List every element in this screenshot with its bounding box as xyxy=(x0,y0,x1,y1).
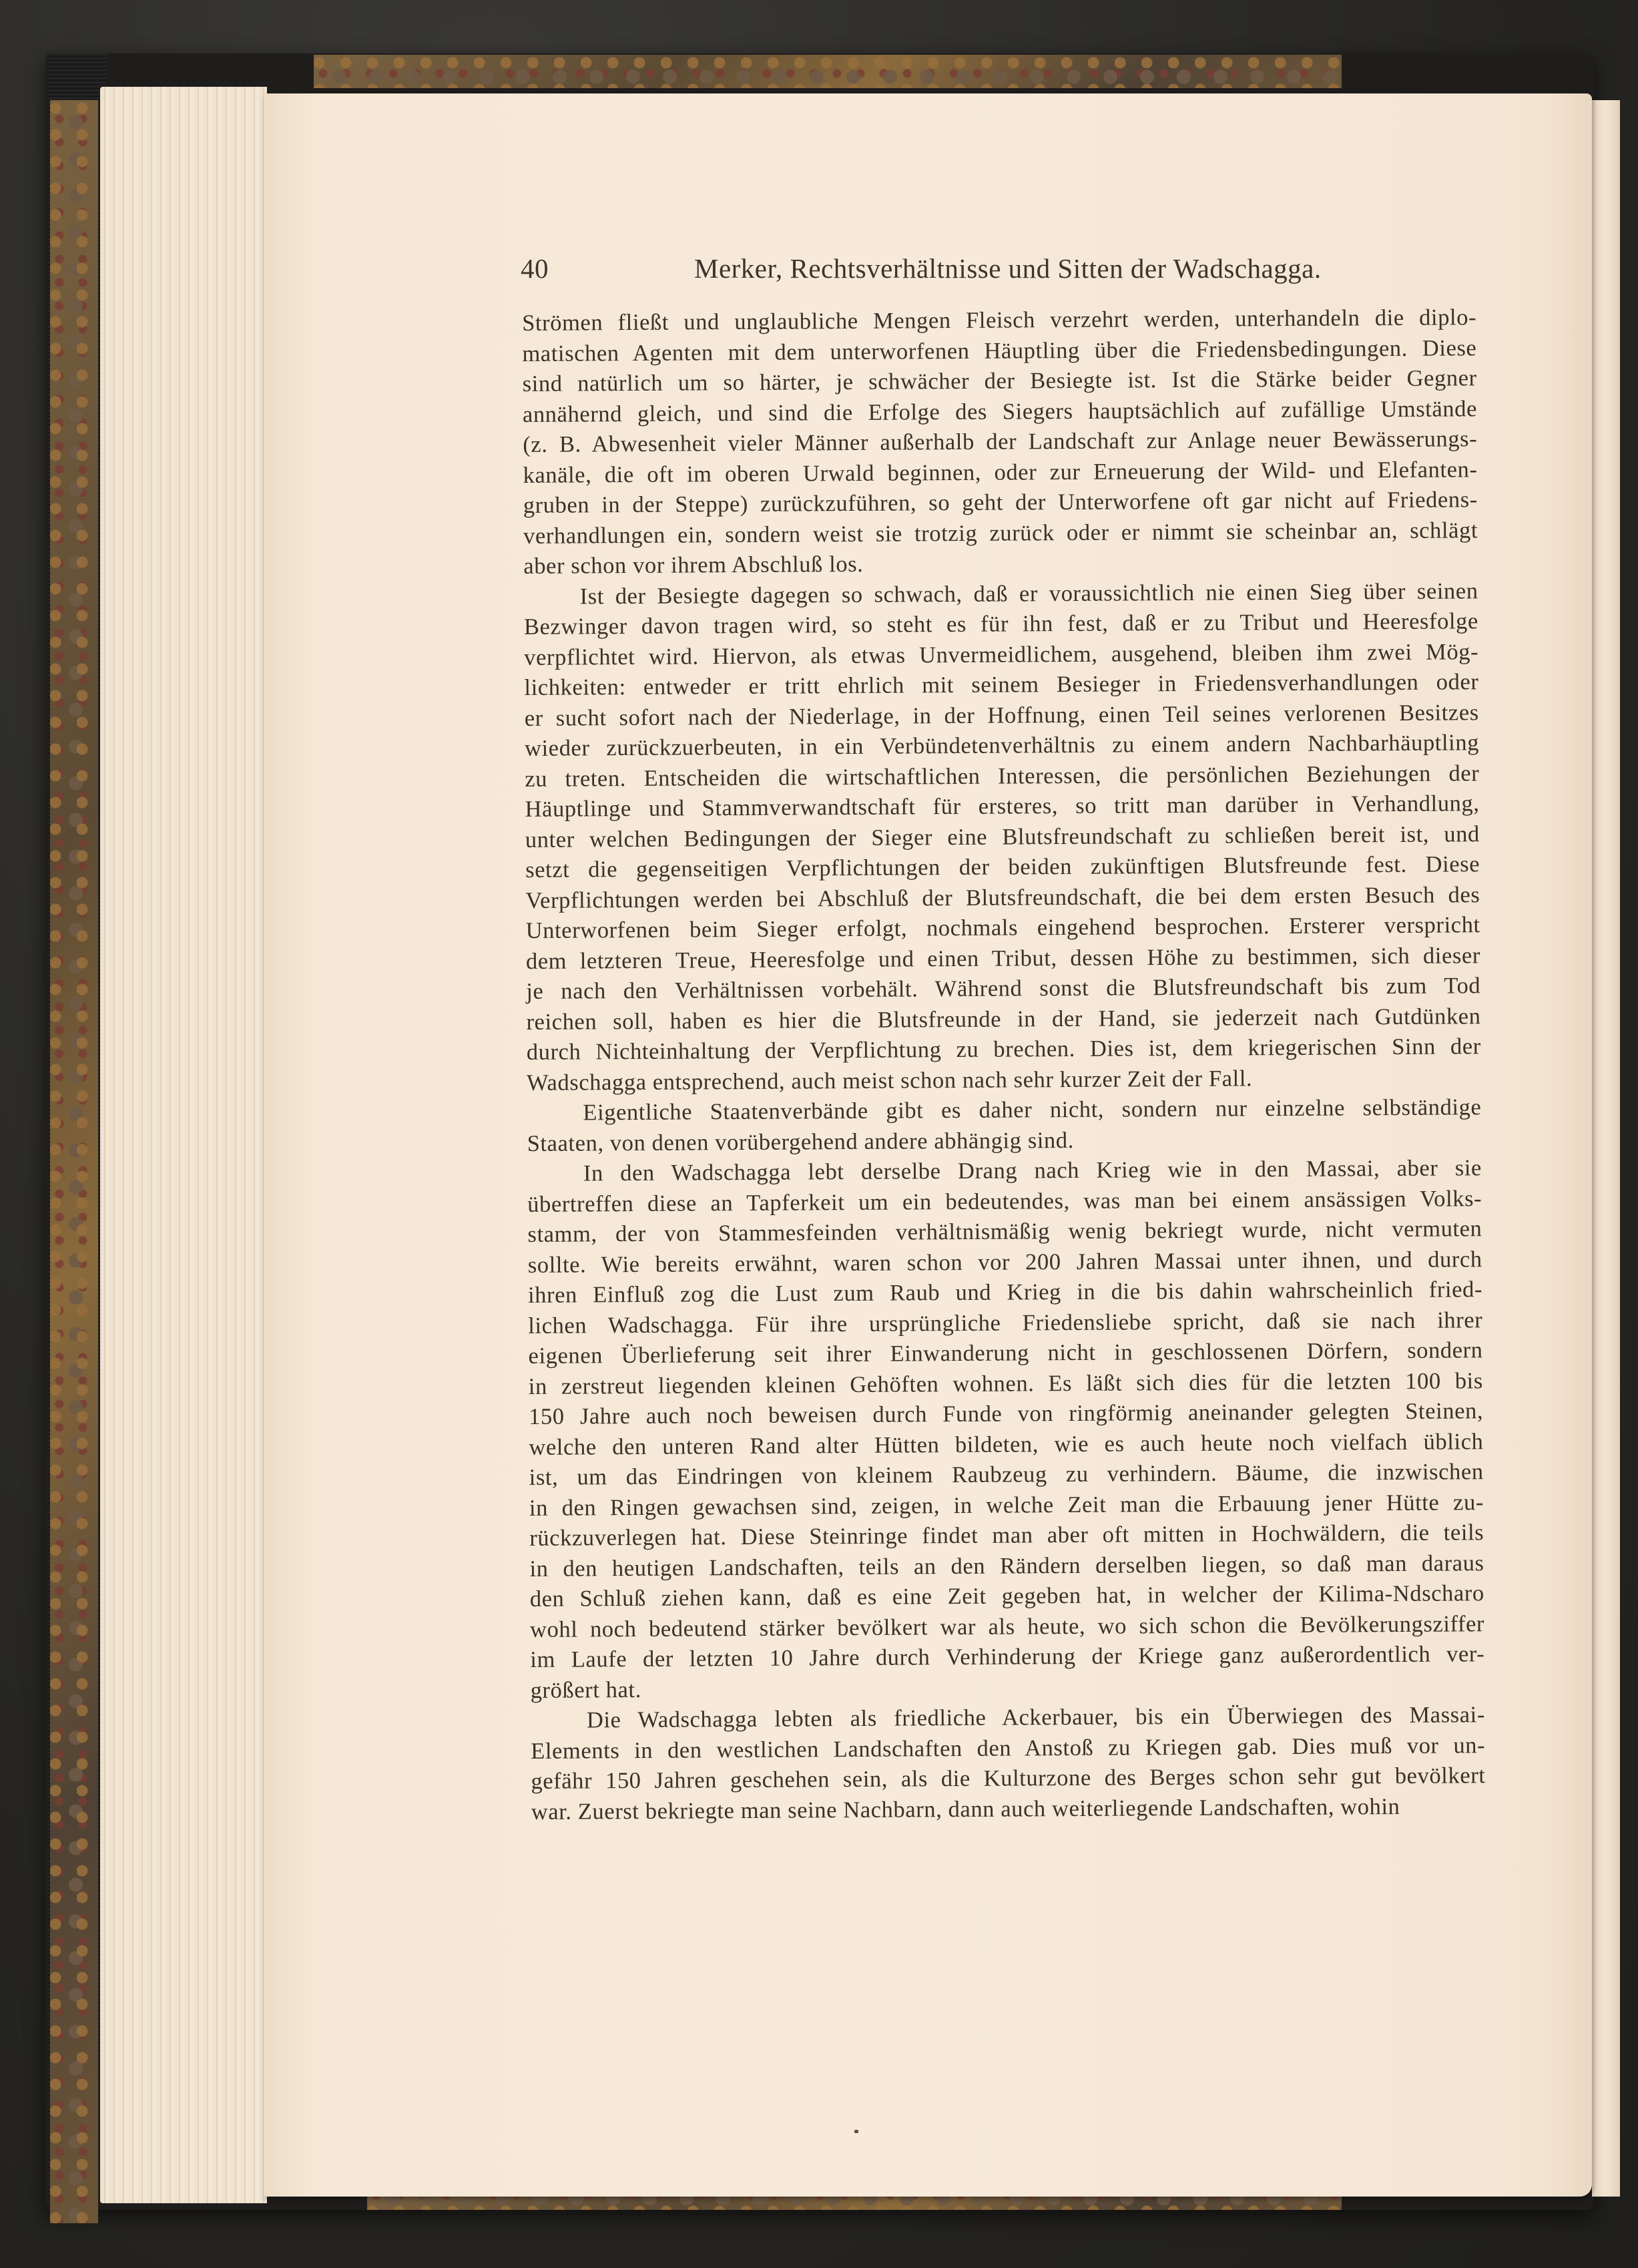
paragraph: Eigentliche Staatenverbände gibt es dahe… xyxy=(527,1092,1482,1159)
text-line: ist, um das Eindringen von kleinem Raubz… xyxy=(529,1457,1484,1493)
text-line: gefähr 150 Jahren geschehen sein, als di… xyxy=(531,1761,1485,1797)
running-head: 40 Merker, Rechtsverhältnisse und Sitten… xyxy=(521,252,1442,292)
text-line: verhandlungen ein, sondern weist sie tro… xyxy=(523,515,1478,551)
paragraph: Strömen fließt und unglaubliche Mengen F… xyxy=(522,302,1478,582)
text-line: lichkeiten: entweder er tritt ehrlich mi… xyxy=(524,667,1478,703)
text-line: Bezwinger davon tragen wird, so steht es… xyxy=(524,606,1478,642)
ink-speck xyxy=(854,2130,858,2133)
paragraph: Die Wadschagga lebten als friedliche Ack… xyxy=(531,1700,1486,1827)
text-line: war. Zuerst bekriegte man seine Nachbarn… xyxy=(531,1791,1486,1827)
running-head-title: Merker, Rechtsverhältnisse und Sitten de… xyxy=(694,252,1322,284)
marbled-board-left xyxy=(50,100,98,2223)
text-line: ihren Einfluß zog die Lust zum Raub und … xyxy=(528,1275,1482,1311)
text-line: Eigentliche Staatenverbände gibt es dahe… xyxy=(527,1092,1481,1128)
page-stack-edge xyxy=(100,87,267,2203)
text-line: gruben in der Steppe) zurückzuführen, so… xyxy=(523,485,1478,521)
text-line: durch Nichteinhaltung der Verpflichtung … xyxy=(527,1032,1481,1068)
paragraph: Ist der Besiegte dagegen so schwach, daß… xyxy=(524,576,1482,1098)
text-line: setzt die gegenseitigen Verpflichtungen … xyxy=(525,849,1480,885)
text-line: Häuptlinge und Stammverwandtschaft für e… xyxy=(525,788,1479,825)
page-number: 40 xyxy=(521,252,549,284)
text-line: rückzuverlegen hat. Diese Steinringe fin… xyxy=(529,1518,1484,1554)
paragraph: In den Wadschagga lebt derselbe Drang na… xyxy=(527,1153,1485,1706)
text-line: sind natürlich um so härter, je schwäche… xyxy=(523,363,1477,399)
text-line: (z. B. Abwesenheit vieler Männer außerha… xyxy=(523,424,1477,460)
marbled-board-top xyxy=(314,55,1342,88)
text-line: In den Wadschagga lebt derselbe Drang na… xyxy=(527,1153,1482,1189)
next-page-edge xyxy=(1592,100,1620,2197)
text-line: Strömen fließt und unglaubliche Mengen F… xyxy=(522,302,1476,338)
text-line: wieder zurückzuerbeuten, in ein Verbünde… xyxy=(525,728,1479,764)
body-text: Strömen fließt und unglaubliche Mengen F… xyxy=(522,302,1486,1827)
text-line: je nach den Verhältnissen vorbehält. Wäh… xyxy=(526,971,1480,1007)
text-line: 150 Jahre auch noch beweisen durch Funde… xyxy=(529,1396,1483,1432)
text-line: eigenen Überlieferung seit ihrer Einwand… xyxy=(528,1335,1482,1371)
text-line: im Laufe der letzten 10 Jahre durch Verh… xyxy=(530,1639,1484,1675)
text-line: stamm, der von Stammesfeinden verhältnis… xyxy=(527,1214,1482,1250)
text-line: den Schluß ziehen kann, daß es eine Zeit… xyxy=(530,1578,1484,1614)
text-line: Unterworfenen beim Sieger erfolgt, nochm… xyxy=(526,910,1480,946)
text-line: Die Wadschagga lebten als friedliche Ack… xyxy=(531,1700,1485,1736)
